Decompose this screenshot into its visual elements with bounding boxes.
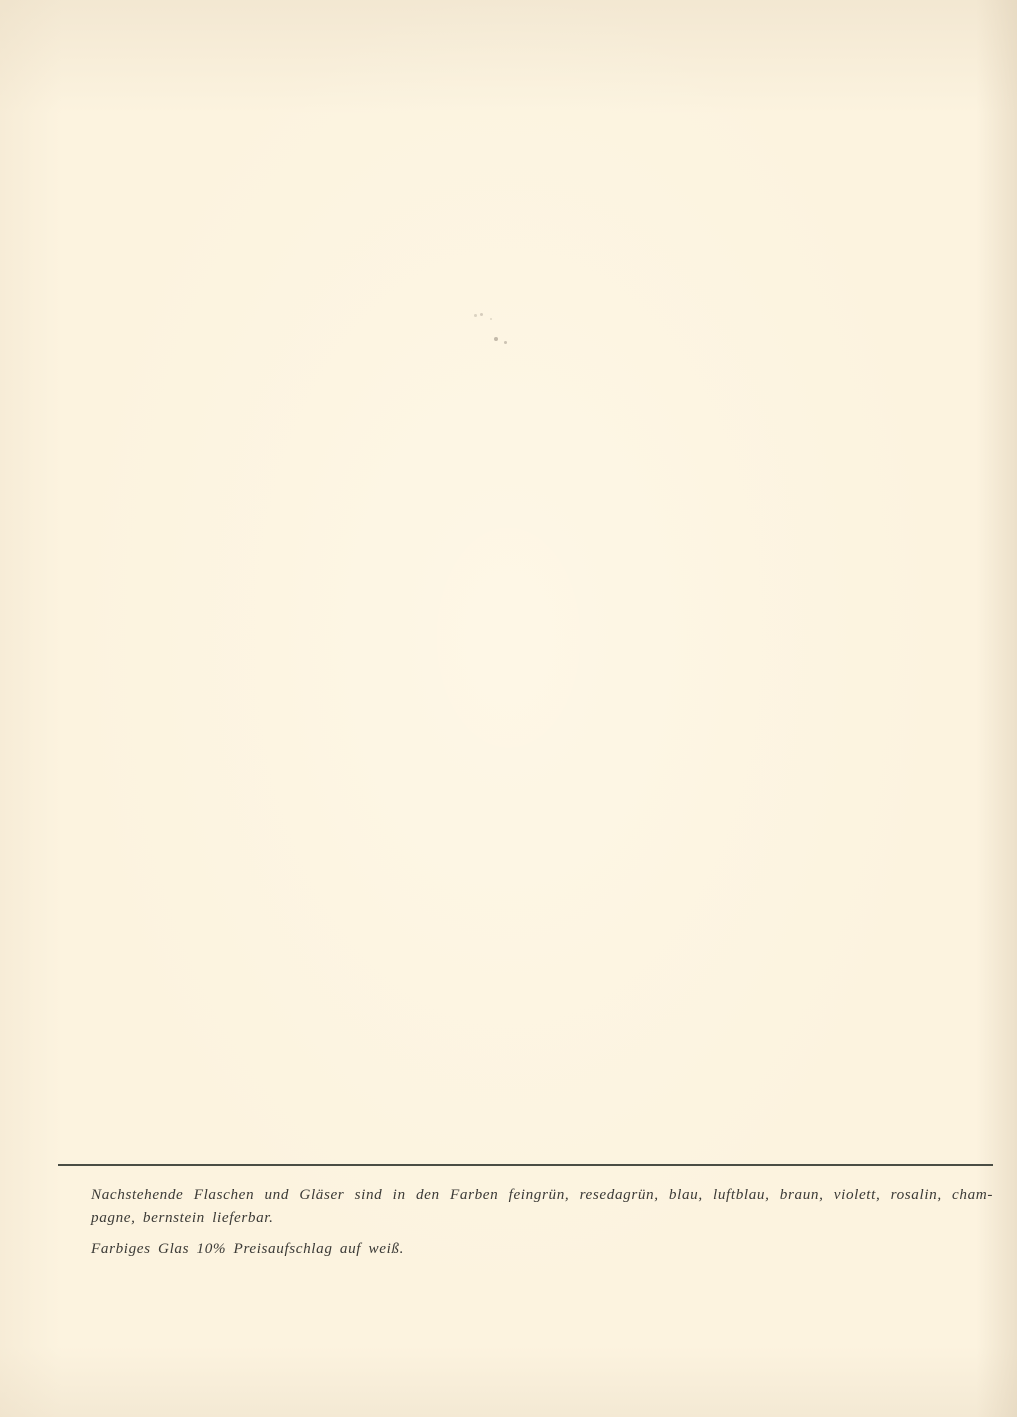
color-availability-note: Nachstehende Flaschen und Gläser sind in… xyxy=(58,1183,993,1260)
document-page: Nachstehende Flaschen und Gläser sind in… xyxy=(0,0,1017,1417)
note-line-2: pagne, bernstein lieferbar. xyxy=(58,1206,993,1229)
paper-blemish xyxy=(470,310,520,350)
horizontal-rule xyxy=(58,1164,993,1166)
note-line-1: Nachstehende Flaschen und Gläser sind in… xyxy=(58,1183,993,1206)
note-paragraph-colors: Nachstehende Flaschen und Gläser sind in… xyxy=(58,1183,993,1229)
note-paragraph-surcharge: Farbiges Glas 10% Preisaufschlag auf wei… xyxy=(58,1237,993,1260)
